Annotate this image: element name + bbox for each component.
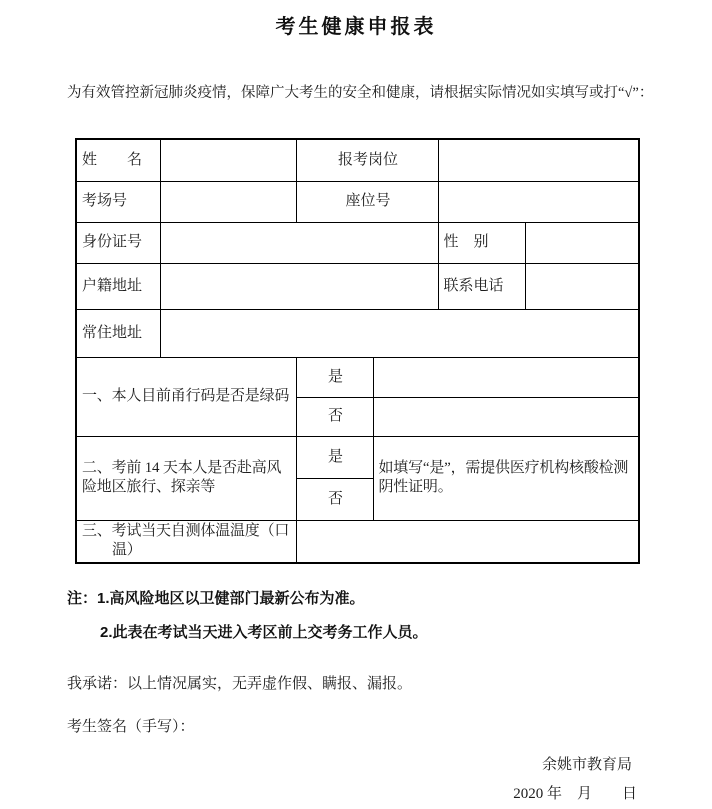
exam-room-input-cell — [160, 181, 296, 222]
name-input-cell — [160, 139, 296, 181]
gender-input-cell — [525, 222, 639, 263]
question-2-yes-label: 是 — [296, 436, 373, 478]
contact-phone-input-cell — [525, 263, 639, 309]
contact-phone-label: 联系电话 — [438, 263, 525, 309]
residence-address-label: 户籍地址 — [76, 263, 160, 309]
question-3-input-cell — [296, 520, 639, 563]
question-1-no-cell — [373, 397, 639, 436]
question-1-yes-label: 是 — [296, 357, 373, 397]
permanent-address-label: 常住地址 — [76, 309, 160, 357]
org-name: 余姚市教育局 — [542, 753, 632, 774]
position-label: 报考岗位 — [296, 139, 438, 181]
signature-label: 考生签名（手写）： — [67, 715, 195, 736]
question-1-yes-cell — [373, 357, 639, 397]
note-2: 2.此表在考试当天进入考区前上交考务工作人员。 — [100, 621, 428, 642]
page-title: 考生健康申报表 — [0, 10, 712, 39]
date-line: 2020 年 月 日 — [513, 782, 637, 803]
question-2-note: 如填写“是”，需提供医疗机构核酸检测阴性证明。 — [373, 436, 639, 520]
question-2-label: 二、考前 14 天本人是否赴高风险地区旅行、探亲等 — [76, 436, 296, 520]
exam-room-label: 考场号 — [76, 181, 160, 222]
seat-input-cell — [438, 181, 639, 222]
permanent-address-input-cell — [160, 309, 639, 357]
question-2-no-label: 否 — [296, 478, 373, 520]
intro-text: 为有效管控新冠肺炎疫情，保障广大考生的安全和健康，请根据实际情况如实填写或打“√… — [67, 84, 695, 102]
seat-label: 座位号 — [296, 181, 438, 222]
residence-address-input-cell — [160, 263, 438, 309]
position-input-cell — [438, 139, 639, 181]
name-label: 姓 名 — [76, 139, 160, 181]
question-3-label: 三、考试当天自测体温温度（口温） — [76, 520, 296, 563]
id-number-input-cell — [160, 222, 438, 263]
health-declaration-document: 考生健康申报表 为有效管控新冠肺炎疫情，保障广大考生的安全和健康，请根据实际情况… — [0, 0, 712, 809]
id-number-label: 身份证号 — [76, 222, 160, 263]
question-1-no-label: 否 — [296, 397, 373, 436]
question-1-label: 一、本人目前甬行码是否是绿码 — [76, 357, 296, 436]
gender-label: 性 别 — [438, 222, 525, 263]
promise-statement: 我承诺：以上情况属实，无弄虚作假、瞒报、漏报。 — [67, 672, 412, 693]
health-form-table: 姓 名 报考岗位 考场号 座位号 身份证号 性 别 户籍地址 联系电话 — [75, 138, 640, 564]
note-1: 注：1.高风险地区以卫健部门最新公布为准。 — [67, 587, 365, 608]
